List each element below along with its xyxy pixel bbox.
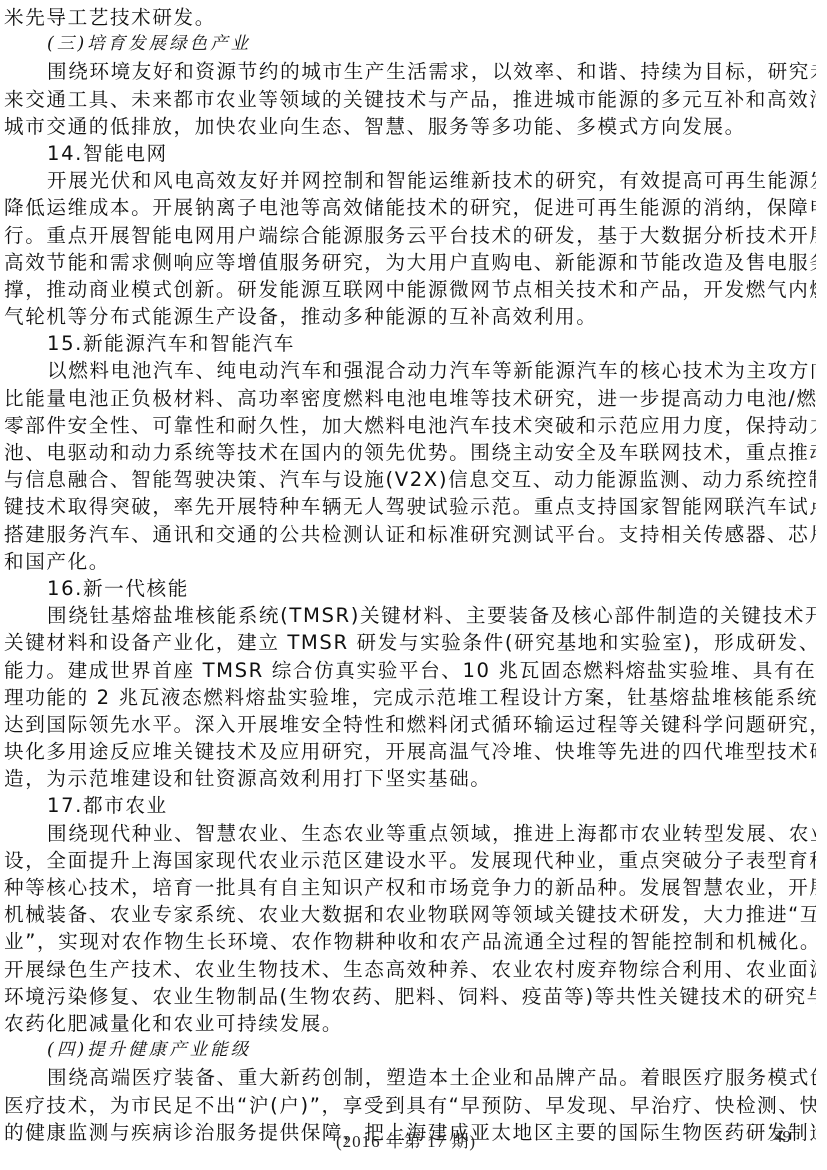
text-line: 行。重点开展智能电网用户端综合能源服务云平台技术的研发，基于大数据分析技术开展精… bbox=[4, 222, 816, 249]
section-heading: (四)提升健康产业能级 bbox=[4, 1037, 816, 1064]
text-line: 搭建服务汽车、通讯和交通的公共检测认证和标准研究测试平台。支持相关传感器、芯片关… bbox=[4, 521, 816, 548]
text-line: 能力。建成世界首座 TMSR 综合仿真实验平台、10 兆瓦固态燃料熔盐实验堆、具… bbox=[4, 657, 816, 684]
text-line: 降低运维成本。开展钠离子电池等高效储能技术的研究，促进可再生能源的消纳，保障电网… bbox=[4, 194, 816, 221]
paragraph: 以燃料电池汽车、纯电动汽车和强混合动力汽车等新能源汽车的核心技术为主攻方向，重点… bbox=[4, 357, 822, 575]
subsection-heading: 15.新能源汽车和智能汽车 bbox=[4, 330, 816, 357]
text-line: 围绕钍基熔盐堆核能系统(TMSR)关键材料、主要装备及核心部件制造的关键技术开展… bbox=[4, 602, 816, 629]
text-line: 键技术取得突破，率先开展特种车辆无人驾驶试验示范。重点支持国家智能网联汽车试点示… bbox=[4, 493, 816, 520]
text-line: 造，为示范堆建设和钍资源高效利用打下坚实基础。 bbox=[4, 765, 816, 792]
text-line: 理功能的 2 兆瓦液态燃料熔盐实验堆，完成示范堆工程设计方案，钍基熔盐堆核能系统… bbox=[4, 684, 816, 711]
section-heading: (三)培育发展绿色产业 bbox=[4, 31, 816, 58]
text-line: 业”，实现对农作物生长环境、农作物耕种收和农产品流通全过程的智能控制和机械化。发… bbox=[4, 928, 816, 955]
text-line: 围绕高端医疗装备、重大新药创制，塑造本土企业和品牌产品。着眼医疗服务模式创新，发… bbox=[4, 1064, 816, 1091]
paragraph: 开展光伏和风电高效友好并网控制和智能运维新技术的研究，有效提高可再生能源发电并网… bbox=[4, 167, 822, 330]
text-line: 机械装备、农业专家系统、农业大数据和农业物联网等领域关键技术研发，大力推进“互联… bbox=[4, 901, 816, 928]
text-line: 围绕现代种业、智慧农业、生态农业等重点领域，推进上海都市农业转型发展、农业科技创… bbox=[4, 820, 816, 847]
text-line: 设，全面提升上海国家现代农业示范区建设水平。发展现代种业，重点突破分子表型育种、… bbox=[4, 847, 816, 874]
text-line: 池、电驱动和动力系统等技术在国内的领先优势。围绕主动安全及车联网技术，重点推动车… bbox=[4, 439, 816, 466]
paragraph: 围绕钍基熔盐堆核能系统(TMSR)关键材料、主要装备及核心部件制造的关键技术开展… bbox=[4, 602, 822, 792]
text-line: 来交通工具、未来都市农业等领域的关键技术与产品，推进城市能源的多元互补和高效清洁… bbox=[4, 86, 816, 113]
text-line: 气轮机等分布式能源生产设备，推动多种能源的互补高效利用。 bbox=[4, 303, 816, 330]
text-line: 和国产化。 bbox=[4, 548, 816, 575]
text-line: 块化多用途反应堆关键技术及应用研究，开展高温气冷堆、快堆等先进的四代堆型技术研发… bbox=[4, 738, 816, 765]
document-page: 米先导工艺技术研发。(三)培育发展绿色产业围绕环境友好和资源节约的城市生产生活需… bbox=[4, 4, 822, 1146]
subsection-heading: 14.智能电网 bbox=[4, 140, 816, 167]
subsection-heading: 17.都市农业 bbox=[4, 792, 816, 819]
text-line: 农药化肥减量化和农业可持续发展。 bbox=[4, 1010, 816, 1037]
text-line: 开展光伏和风电高效友好并网控制和智能运维新技术的研究，有效提高可再生能源发电并网… bbox=[4, 167, 816, 194]
text-line: 零部件安全性、可靠性和耐久性，加大燃料电池汽车技术突破和示范应用力度，保持动力电… bbox=[4, 412, 816, 439]
text-line: 城市交通的低排放，加快农业向生态、智慧、服务等多功能、多模式方向发展。 bbox=[4, 113, 816, 140]
text-line: 医疗技术，为市民足不出“沪(户)”，享受到具有“早预防、早发现、早治疗、快检测、… bbox=[4, 1092, 816, 1119]
paragraph: 围绕现代种业、智慧农业、生态农业等重点领域，推进上海都市农业转型发展、农业科技创… bbox=[4, 820, 822, 1038]
subsection-heading: 16.新一代核能 bbox=[4, 575, 816, 602]
text-line: 高效节能和需求侧响应等增值服务研究，为大用户直购电、新能源和节能改造及售电服务等… bbox=[4, 249, 816, 276]
text-line: 以燃料电池汽车、纯电动汽车和强混合动力汽车等新能源汽车的核心技术为主攻方向，重点… bbox=[4, 357, 816, 384]
page-footer: (2016 年第 17 期) 49 bbox=[0, 1127, 827, 1151]
paragraph: 围绕环境友好和资源节约的城市生产生活需求，以效率、和谐、持续为目标，研究未来能源… bbox=[4, 58, 822, 140]
text-line: 与信息融合、智能驾驶决策、汽车与设施(V2X)信息交互、动力能源监测、动力系统控… bbox=[4, 466, 816, 493]
text-line: 围绕环境友好和资源节约的城市生产生活需求，以效率、和谐、持续为目标，研究未来能源… bbox=[4, 58, 816, 85]
text-line: 撑，推动商业模式创新。研发能源互联网中能源微网节点相关技术和产品，开发燃气内燃机… bbox=[4, 276, 816, 303]
text-line: 开展绿色生产技术、农业生物技术、生态高效种养、农业农村废弃物综合利用、农业面源污… bbox=[4, 956, 816, 983]
page-number: 49 bbox=[774, 1127, 791, 1147]
paragraph-continuation: 米先导工艺技术研发。 bbox=[4, 4, 822, 31]
text-line: 米先导工艺技术研发。 bbox=[4, 4, 816, 31]
text-line: 种等核心技术，培育一批具有自主知识产权和市场竞争力的新品种。发展智慧农业，开展农… bbox=[4, 874, 816, 901]
text-line: 环境污染修复、农业生物制品(生物农药、肥料、饲料、疫苗等)等共性关键技术的研究与… bbox=[4, 983, 816, 1010]
text-line: 关键材料和设备产业化，建立 TMSR 研发与实验条件(研究基地和实验室)，形成研… bbox=[4, 629, 816, 656]
text-line: 比能量电池正负极材料、高功率密度燃料电池电堆等技术研究，进一步提高动力电池/燃料… bbox=[4, 385, 816, 412]
issue-label: (2016 年第 17 期) bbox=[336, 1127, 476, 1152]
text-line: 达到国际领先水平。深入开展堆安全特性和燃料闭式循环输运过程等关键科学问题研究，加… bbox=[4, 711, 816, 738]
